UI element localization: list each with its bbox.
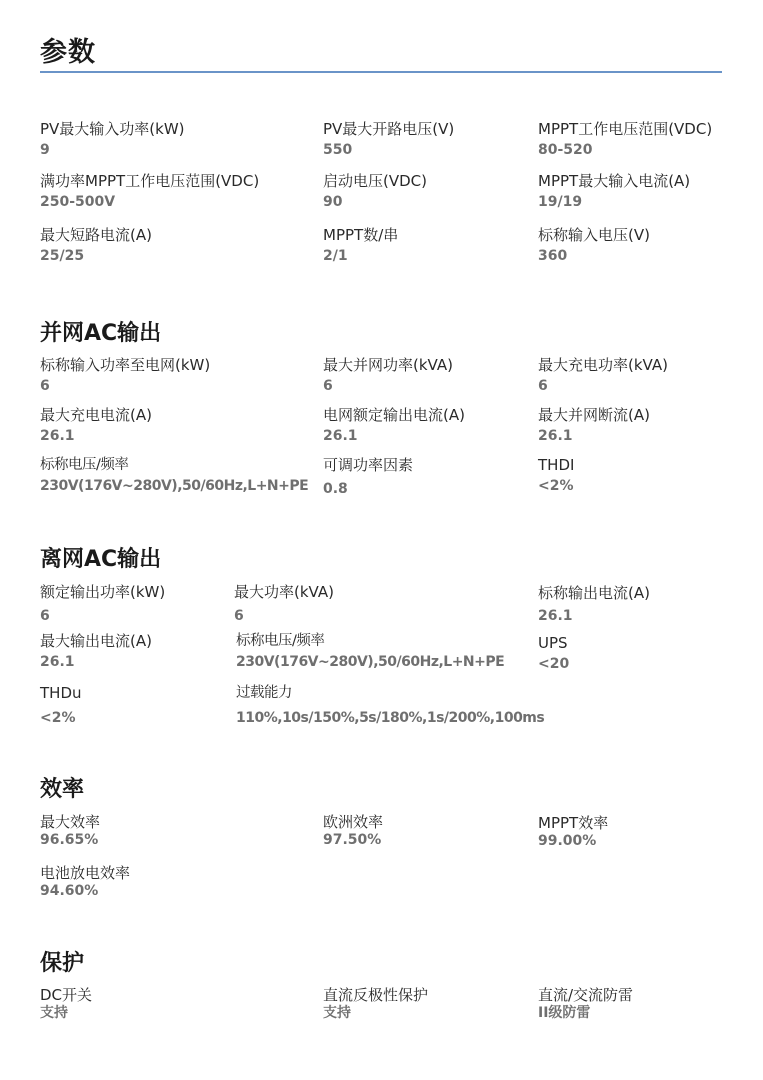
spec-value: 0.8 <box>323 480 413 498</box>
spec-item: 标称电压/频率230V(176V~280V),50/60Hz,L+N+PE <box>236 632 504 671</box>
spec-item: 标称输出电流(A)26.1 <box>538 584 650 625</box>
spec-value: 26.1 <box>323 427 465 445</box>
spec-item: THDu<2% <box>40 684 82 727</box>
spec-value: 9 <box>40 141 185 159</box>
spec-label: 标称电压/频率 <box>40 456 308 474</box>
page-title: 参数 <box>40 30 96 69</box>
spec-item: 最大充电功率(kVA)6 <box>538 356 668 395</box>
spec-label: 最大短路电流(A) <box>40 226 152 244</box>
spec-value: <2% <box>40 709 82 727</box>
spec-item: 最大效率96.65% <box>40 813 100 849</box>
spec-value: 26.1 <box>40 653 152 671</box>
spec-label: 直流反极性保护 <box>323 986 428 1004</box>
spec-label: PV最大输入功率(kW) <box>40 120 185 138</box>
spec-item: 满功率MPPT工作电压范围(VDC)250-500V <box>40 172 259 211</box>
spec-value: 99.00% <box>538 832 608 850</box>
spec-item: MPPT最大输入电流(A)19/19 <box>538 172 690 211</box>
spec-item: 最大短路电流(A)25/25 <box>40 226 152 265</box>
spec-value: 90 <box>323 193 427 211</box>
spec-value: 94.60% <box>40 882 130 900</box>
spec-value: 6 <box>538 377 668 395</box>
spec-item: 电网额定输出电流(A)26.1 <box>323 406 465 445</box>
spec-item: 最大输出电流(A)26.1 <box>40 632 152 671</box>
spec-item: 最大并网断流(A)26.1 <box>538 406 650 445</box>
spec-item: 额定输出功率(kW)6 <box>40 583 165 625</box>
spec-value: 支持 <box>40 1004 92 1022</box>
spec-item: 标称电压/频率230V(176V~280V),50/60Hz,L+N+PE <box>40 456 308 495</box>
spec-value: 230V(176V~280V),50/60Hz,L+N+PE <box>236 653 504 671</box>
spec-value: 6 <box>323 377 453 395</box>
spec-value: 19/19 <box>538 193 690 211</box>
spec-item: DC开关支持 <box>40 986 92 1022</box>
spec-value: 230V(176V~280V),50/60Hz,L+N+PE <box>40 477 308 495</box>
spec-value: II级防雷 <box>538 1004 633 1022</box>
spec-item: 标称输入功率至电网(kW)6 <box>40 356 210 395</box>
spec-label: 启动电压(VDC) <box>323 172 427 190</box>
spec-value: 26.1 <box>40 427 152 445</box>
spec-label: MPPT工作电压范围(VDC) <box>538 120 712 138</box>
title-divider <box>40 71 722 73</box>
spec-label: DC开关 <box>40 986 92 1004</box>
spec-value: 550 <box>323 141 454 159</box>
spec-value: 6 <box>40 607 165 625</box>
section-title-protection: 保护 <box>40 946 84 977</box>
spec-item: THDI<2% <box>538 456 574 495</box>
spec-item: UPS<20 <box>538 634 569 673</box>
spec-value: 25/25 <box>40 247 152 265</box>
spec-item: MPPT数/串2/1 <box>323 226 398 265</box>
spec-value: 110%,10s/150%,5s/180%,1s/200%,100ms <box>236 709 544 727</box>
spec-item: 过载能力110%,10s/150%,5s/180%,1s/200%,100ms <box>236 684 544 727</box>
spec-item: 电池放电效率94.60% <box>40 864 130 900</box>
spec-label: MPPT最大输入电流(A) <box>538 172 690 190</box>
spec-value: 2/1 <box>323 247 398 265</box>
spec-label: 最大充电功率(kVA) <box>538 356 668 374</box>
spec-label: 标称输入功率至电网(kW) <box>40 356 210 374</box>
spec-label: 满功率MPPT工作电压范围(VDC) <box>40 172 259 190</box>
spec-value: 250-500V <box>40 193 259 211</box>
spec-label: MPPT效率 <box>538 814 608 832</box>
spec-value: 6 <box>234 607 334 625</box>
spec-value: 360 <box>538 247 650 265</box>
spec-item: 标称输入电压(V)360 <box>538 226 650 265</box>
spec-label: 过载能力 <box>236 684 544 702</box>
spec-value: 26.1 <box>538 427 650 445</box>
spec-item: MPPT效率99.00% <box>538 814 608 850</box>
spec-item: 可调功率因素0.8 <box>323 456 413 498</box>
section-title-offgrid-ac: 离网AC输出 <box>40 542 161 573</box>
spec-label: 最大效率 <box>40 813 100 831</box>
spec-item: 最大并网功率(kVA)6 <box>323 356 453 395</box>
spec-label: 标称输入电压(V) <box>538 226 650 244</box>
spec-item: 最大充电电流(A)26.1 <box>40 406 152 445</box>
spec-label: 最大充电电流(A) <box>40 406 152 424</box>
section-title-grid-ac: 并网AC输出 <box>40 316 161 347</box>
spec-item: MPPT工作电压范围(VDC)80-520 <box>538 120 712 159</box>
spec-label: 标称电压/频率 <box>236 632 504 650</box>
spec-label: 最大功率(kVA) <box>234 583 334 601</box>
spec-item: 最大功率(kVA)6 <box>234 583 334 625</box>
spec-item: 直流/交流防雷II级防雷 <box>538 986 633 1022</box>
spec-value: 97.50% <box>323 831 383 849</box>
spec-label: PV最大开路电压(V) <box>323 120 454 138</box>
spec-label: 最大输出电流(A) <box>40 632 152 650</box>
spec-item: 直流反极性保护支持 <box>323 986 428 1022</box>
spec-label: 可调功率因素 <box>323 456 413 474</box>
spec-value: 26.1 <box>538 607 650 625</box>
section-title-efficiency: 效率 <box>40 772 84 803</box>
spec-label: THDu <box>40 684 82 702</box>
spec-label: 电池放电效率 <box>40 864 130 882</box>
spec-value: 支持 <box>323 1004 428 1022</box>
spec-label: 标称输出电流(A) <box>538 584 650 602</box>
spec-item: 启动电压(VDC)90 <box>323 172 427 211</box>
spec-label: 直流/交流防雷 <box>538 986 633 1004</box>
spec-label: 最大并网功率(kVA) <box>323 356 453 374</box>
spec-item: 欧洲效率97.50% <box>323 813 383 849</box>
spec-label: 电网额定输出电流(A) <box>323 406 465 424</box>
spec-value: <20 <box>538 655 569 673</box>
spec-item: PV最大开路电压(V)550 <box>323 120 454 159</box>
spec-label: MPPT数/串 <box>323 226 398 244</box>
spec-value: 80-520 <box>538 141 712 159</box>
spec-value: 96.65% <box>40 831 100 849</box>
spec-value: <2% <box>538 477 574 495</box>
spec-label: 额定输出功率(kW) <box>40 583 165 601</box>
spec-item: PV最大输入功率(kW)9 <box>40 120 185 159</box>
spec-label: 最大并网断流(A) <box>538 406 650 424</box>
spec-label: 欧洲效率 <box>323 813 383 831</box>
spec-label: THDI <box>538 456 574 474</box>
spec-value: 6 <box>40 377 210 395</box>
spec-label: UPS <box>538 634 569 652</box>
